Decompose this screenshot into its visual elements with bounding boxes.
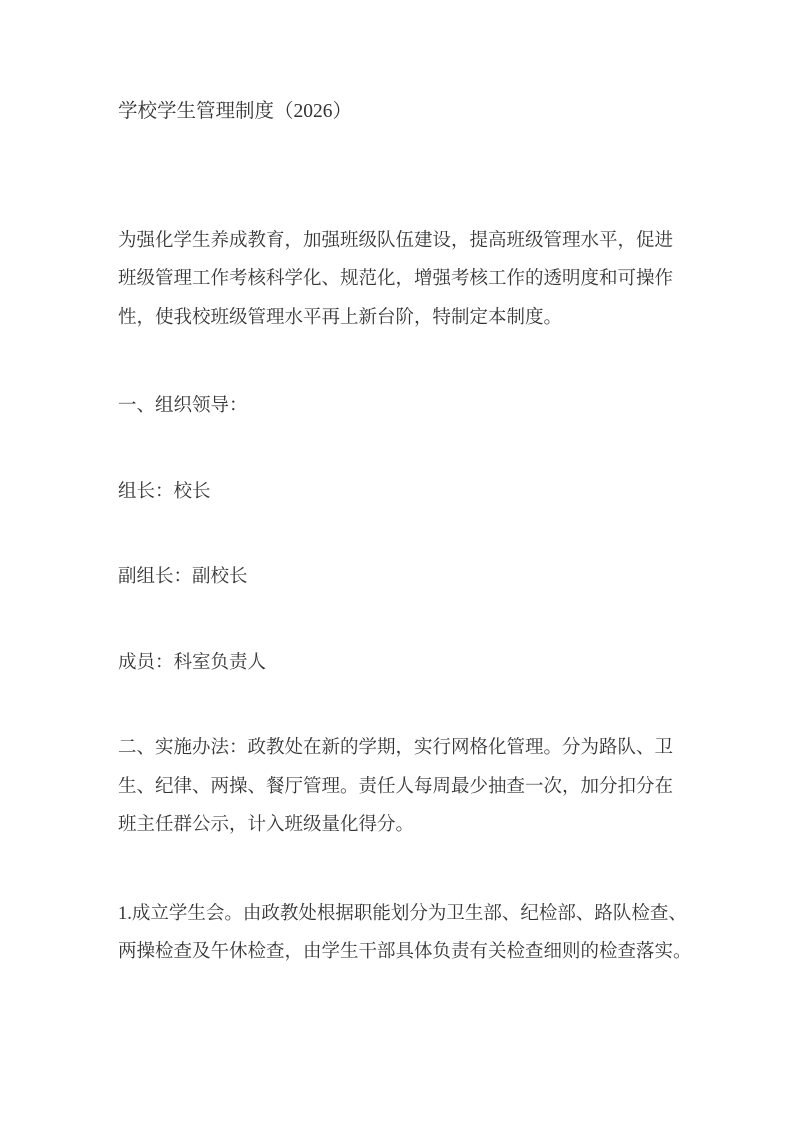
document-title: 学校学生管理制度（2026）	[118, 93, 723, 132]
line-group-leader: 组长：校长	[118, 473, 723, 512]
line-deputy-group-leader: 副组长：副校长	[118, 558, 723, 597]
paragraph-student-union: 1.成立学生会。由政教处根据职能划分为卫生部、纪检部、路队检查、 两操检查及午休…	[118, 895, 723, 972]
paragraph-implementation-measures: 二、实施办法：政教处在新的学期，实行网格化管理。分为路队、卫 生、纪律、两操、餐…	[118, 729, 723, 845]
heading-organization-leadership: 一、组织领导：	[118, 387, 723, 426]
line-members: 成员：科室负责人	[118, 644, 723, 683]
paragraph-intro: 为强化学生养成教育，加强班级队伍建设，提高班级管理水平，促进 班级管理工作考核科…	[118, 222, 723, 338]
document-page: 学校学生管理制度（2026） 为强化学生养成教育，加强班级队伍建设，提高班级管理…	[0, 0, 793, 1122]
